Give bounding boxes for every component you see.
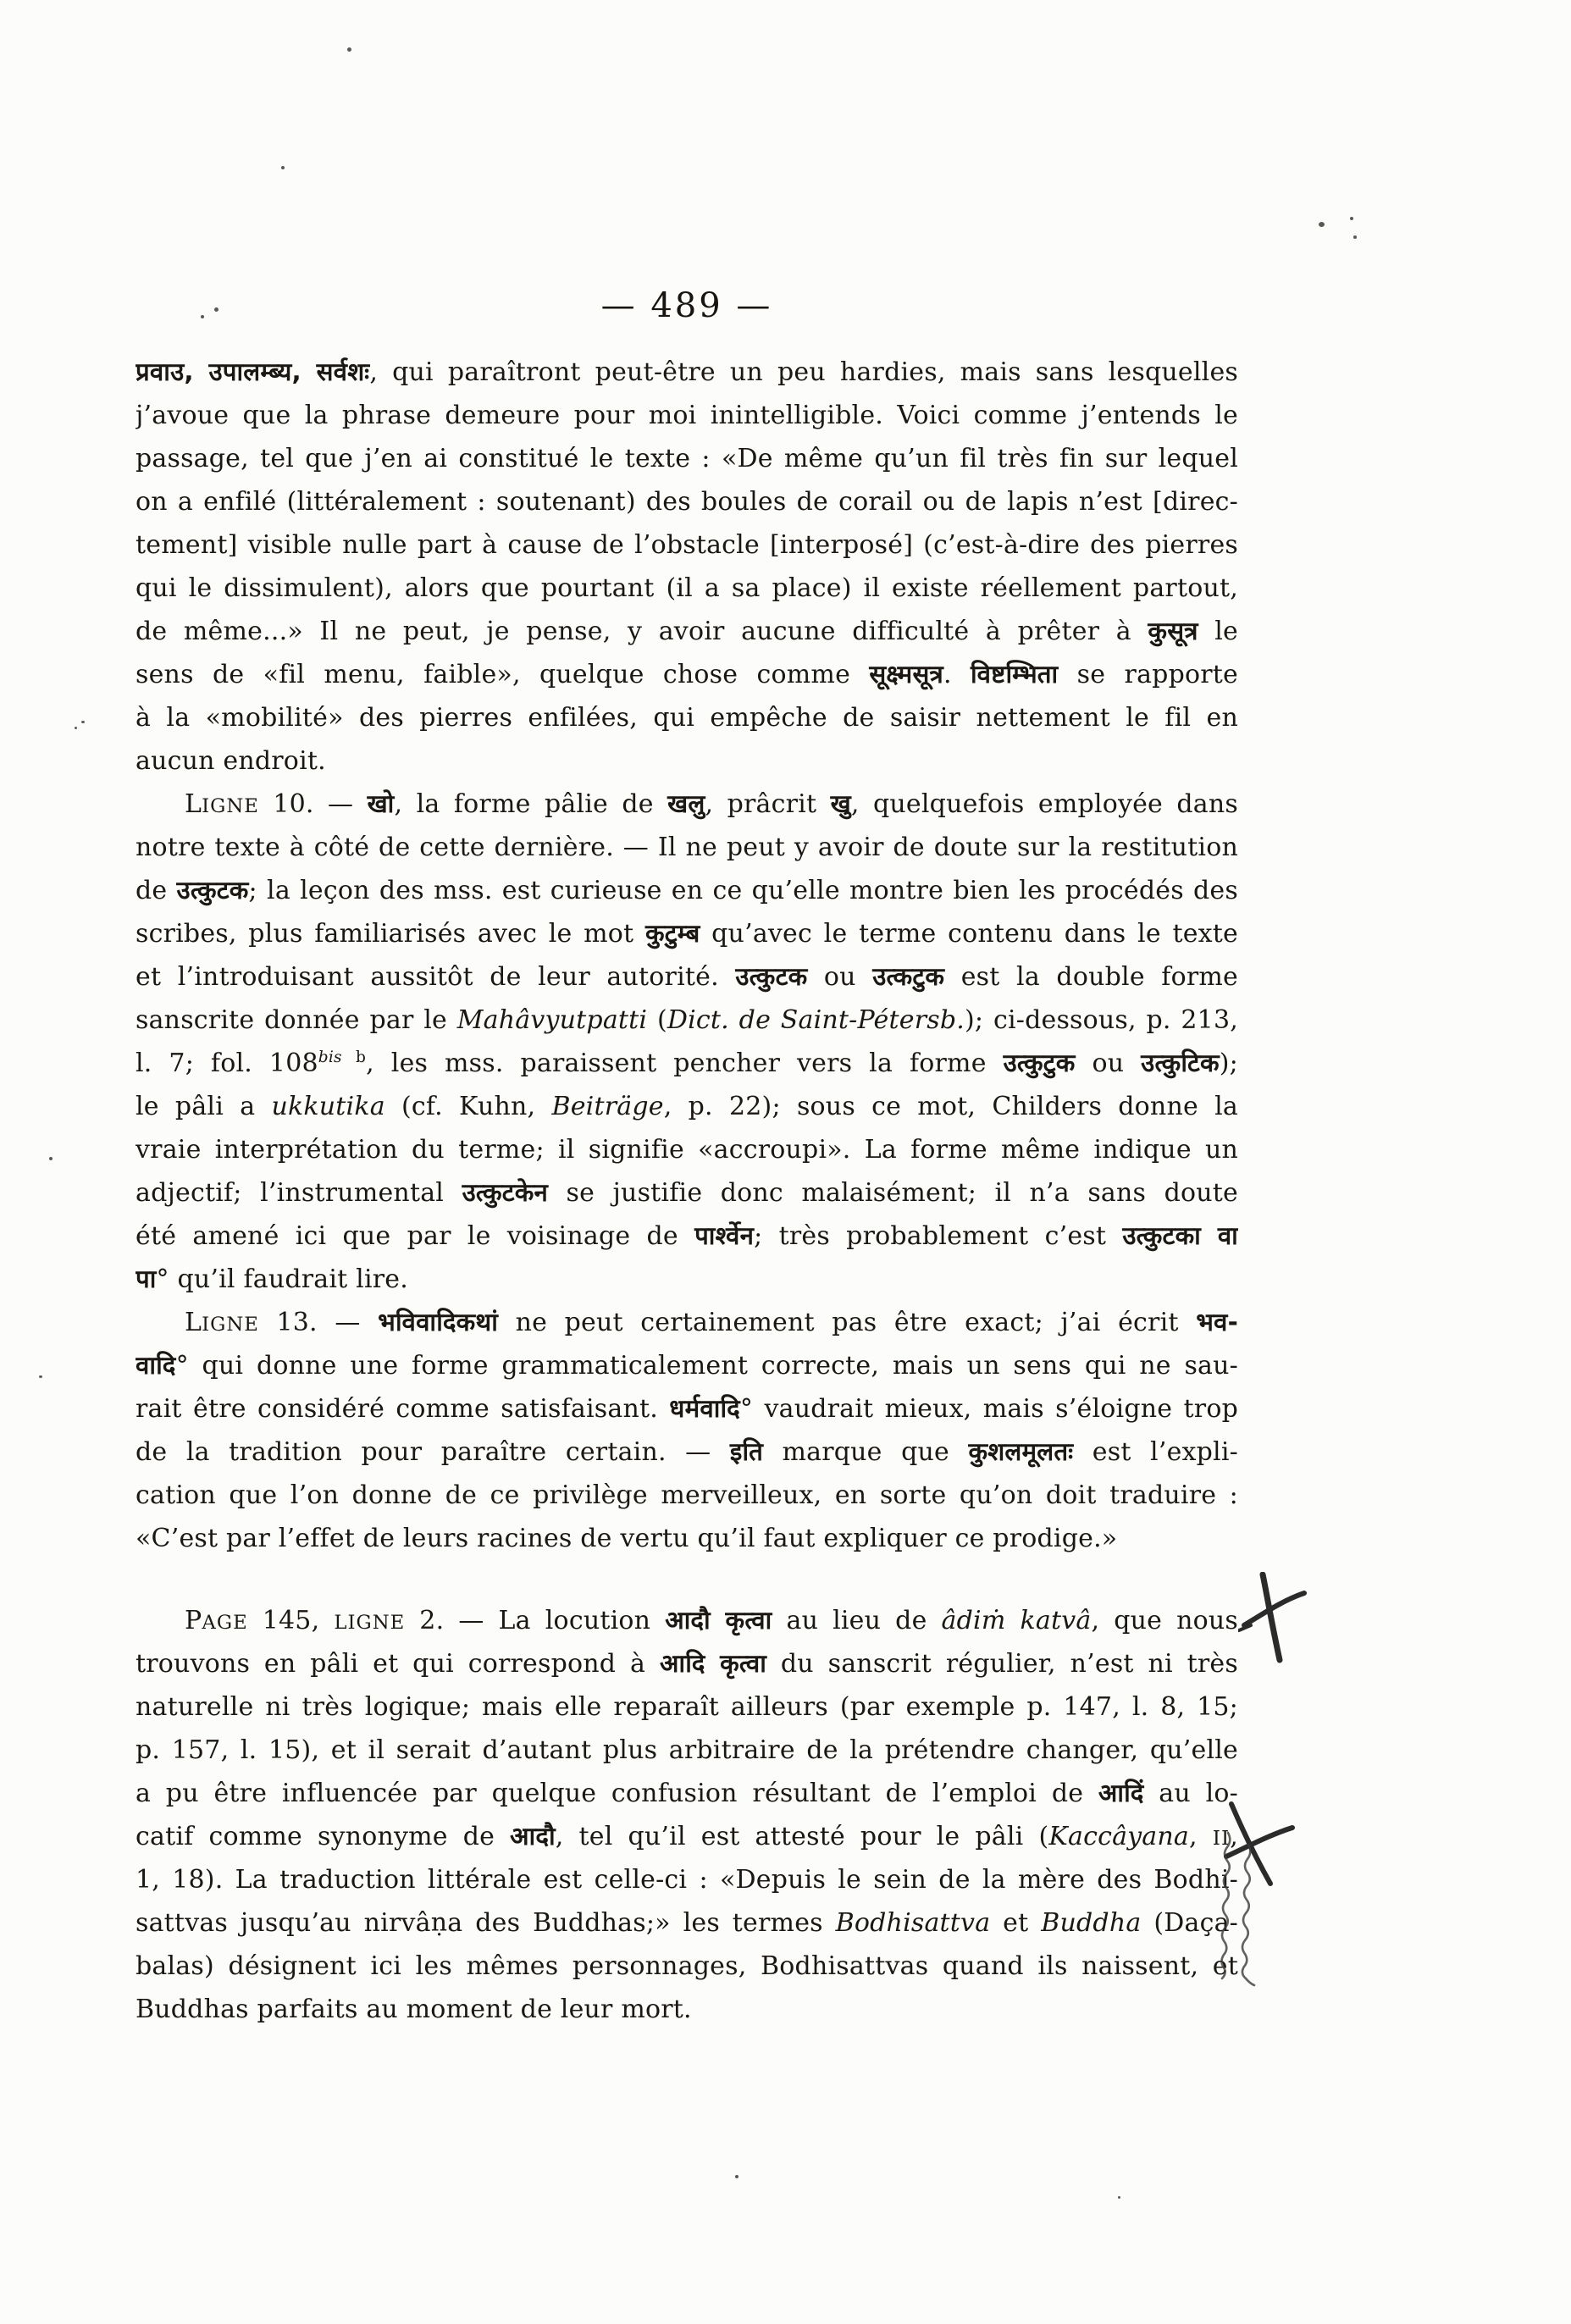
text-line: aucun endroit. [136,739,1238,783]
scan-speck [214,307,219,312]
scan-speck [281,166,285,169]
text-line: adjectif; l’instrumental उत्कुटकेन se ju… [136,1171,1238,1215]
text-line: पा° qu’il faudrait lire. [136,1258,1238,1301]
text-line: rait être considéré comme satisfaisant. … [136,1387,1238,1430]
text-line: sens de «fil menu, faible», quelque chos… [136,653,1238,696]
text-line: 1, 18). La traduction littérale est cell… [136,1858,1238,1901]
text-line: notre texte à côté de cette dernière. — … [136,826,1238,869]
text-line: प्रवाउ, उपालम्ब्य, सर्वशः, qui paraîtron… [136,351,1238,394]
scan-speck [201,315,204,318]
text-line: PAGE 145, LIGNE 2. — La locution आदौ कृत… [136,1599,1238,1642]
paragraph-3: LIGNE 13. — भविवादिकथां ne peut certaine… [136,1301,1238,1560]
text-line: «C’est par l’effet de leurs racines de v… [136,1517,1238,1560]
text-line: été amené ici que par le voisinage de पा… [136,1215,1238,1258]
text-line: balas) désignent ici les mêmes personnag… [136,1945,1238,1988]
text-line: de उत्कुटक; la leçon des mss. est curieu… [136,869,1238,912]
text-line: trouvons en pâli et qui correspond à आदि… [136,1642,1238,1685]
scan-speck [49,1157,53,1160]
text-line: sanscrite donnée par le Mahâvyutpatti (D… [136,999,1238,1042]
paragraph-2: LIGNE 10. — खो, la forme pâlie de खलु, p… [136,783,1238,1301]
text-line: vraie interprétation du terme; il signif… [136,1128,1238,1171]
text-line: de la tradition pour paraître certain. —… [136,1430,1238,1474]
text-line: on a enfilé (littéralement : soutenant) … [136,480,1238,523]
text-line: passage, tel que j’en ai constitué le te… [136,437,1238,480]
text-line: l. 7; fol. 108bis b, les mss. paraissent… [136,1042,1238,1085]
text-line: j’avoue que la phrase demeure pour moi i… [136,394,1238,437]
text-line: scribes, plus familiarisés avec le mot क… [136,912,1238,955]
text-line: à la «mobilité» des pierres enfilées, qu… [136,696,1238,739]
page-number: — 489 — [136,286,1238,325]
text-line: a pu être influencée par quelque confusi… [136,1772,1238,1815]
text-line: sattvas jusqu’au nirvâṇa des Buddhas;» l… [136,1901,1238,1945]
text-line: catif comme synonyme de आदौ, tel qu’il e… [136,1815,1238,1858]
text-line: le pâli a ukkutika (cf. Kuhn, Beiträge, … [136,1085,1238,1128]
scan-speck [1353,235,1357,239]
scan-speck [347,47,351,52]
text-line: Buddhas parfaits au moment de leur mort. [136,1988,1238,2031]
text-line: p. 157, l. 15), et il serait d’autant pl… [136,1729,1238,1772]
text-line: et l’introduisant aussitôt de leur autor… [136,955,1238,999]
text-line: naturelle ni très logique; mais elle rep… [136,1685,1238,1729]
page-text: प्रवाउ, उपालम्ब्य, सर्वशः, qui paraîtron… [136,351,1238,2031]
scan-speck [75,727,77,729]
text-line: cation que l’on donne de ce privilège me… [136,1474,1238,1517]
paragraph-1: प्रवाउ, उपालम्ब्य, सर्वशः, qui paraîtron… [136,351,1238,783]
scan-speck [1350,217,1353,220]
scan-speck [39,1375,42,1378]
pencil-cross-mark [1238,1572,1308,1663]
text-line: tement] visible nulle part à cause de l’… [136,523,1238,567]
text-line: qui le dissimulent), alors que pourtant … [136,567,1238,610]
text-line: de même...» Il ne peut, je pense, y avoi… [136,610,1238,653]
scanned-page: — 489 — प्रवाउ, उपालम्ब्य, सर्वशः, qui p… [0,0,1571,2324]
scan-speck [1319,222,1325,227]
text-line: LIGNE 10. — खो, la forme pâlie de खलु, p… [136,783,1238,826]
scan-speck [1118,2196,1120,2199]
pencil-cross-scribble-mark [1218,1801,1306,2004]
text-line: LIGNE 13. — भविवादिकथां ne peut certaine… [136,1301,1238,1344]
paragraph-4: PAGE 145, LIGNE 2. — La locution आदौ कृत… [136,1599,1238,2031]
text-line: वादि° qui donne une forme grammaticaleme… [136,1344,1238,1387]
scan-speck [735,2175,738,2178]
scan-speck [81,721,85,723]
